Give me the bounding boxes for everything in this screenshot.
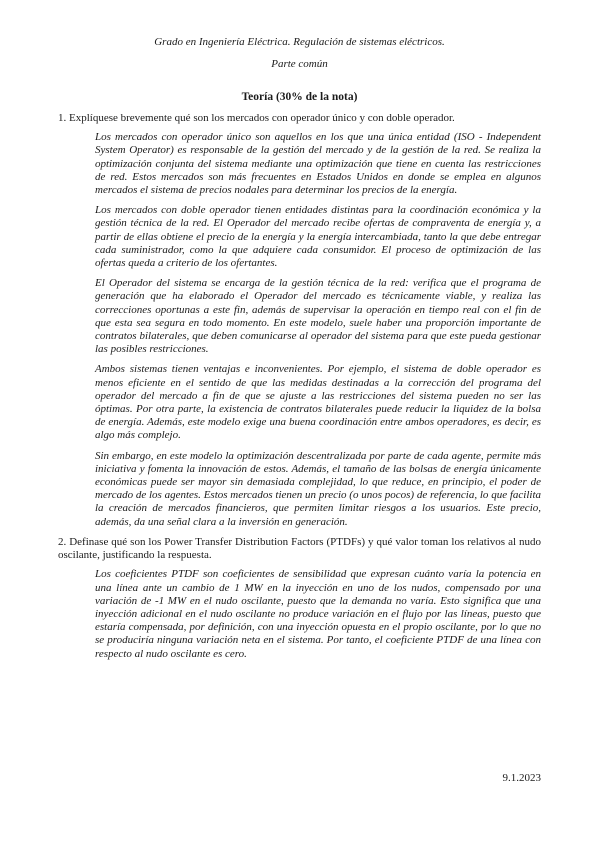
answer-paragraph: Los coeficientes PTDF son coeficientes d…	[95, 568, 541, 660]
course-title: Grado en Ingeniería Eléctrica. Regulació…	[58, 36, 541, 49]
answer-paragraph: Sin embargo, en este modelo la optimizac…	[95, 450, 541, 529]
question-2-text: Definase qué son los Power Transfer Dist…	[58, 536, 541, 561]
answer-paragraph: Los mercados con operador único son aque…	[95, 131, 541, 197]
section-title: Teoría (30% de la nota)	[58, 91, 541, 103]
question-1-text: Explíquese brevemente qué son los mercad…	[69, 112, 455, 124]
question-1-number: 1.	[58, 112, 66, 124]
question-2-number: 2.	[58, 536, 66, 548]
answer-paragraph: Ambos sistemas tienen ventajas e inconve…	[95, 363, 541, 442]
question-2: 2. Definase qué son los Power Transfer D…	[58, 536, 541, 562]
answer-paragraph: El Operador del sistema se encarga de la…	[95, 277, 541, 356]
document-date: 9.1.2023	[503, 772, 542, 784]
course-subtitle: Parte común	[58, 58, 541, 71]
question-1: 1. Explíquese brevemente qué son los mer…	[58, 112, 541, 125]
document-page: Grado en Ingeniería Eléctrica. Regulació…	[0, 0, 600, 848]
answer-paragraph: Los mercados con doble operador tienen e…	[95, 204, 541, 270]
